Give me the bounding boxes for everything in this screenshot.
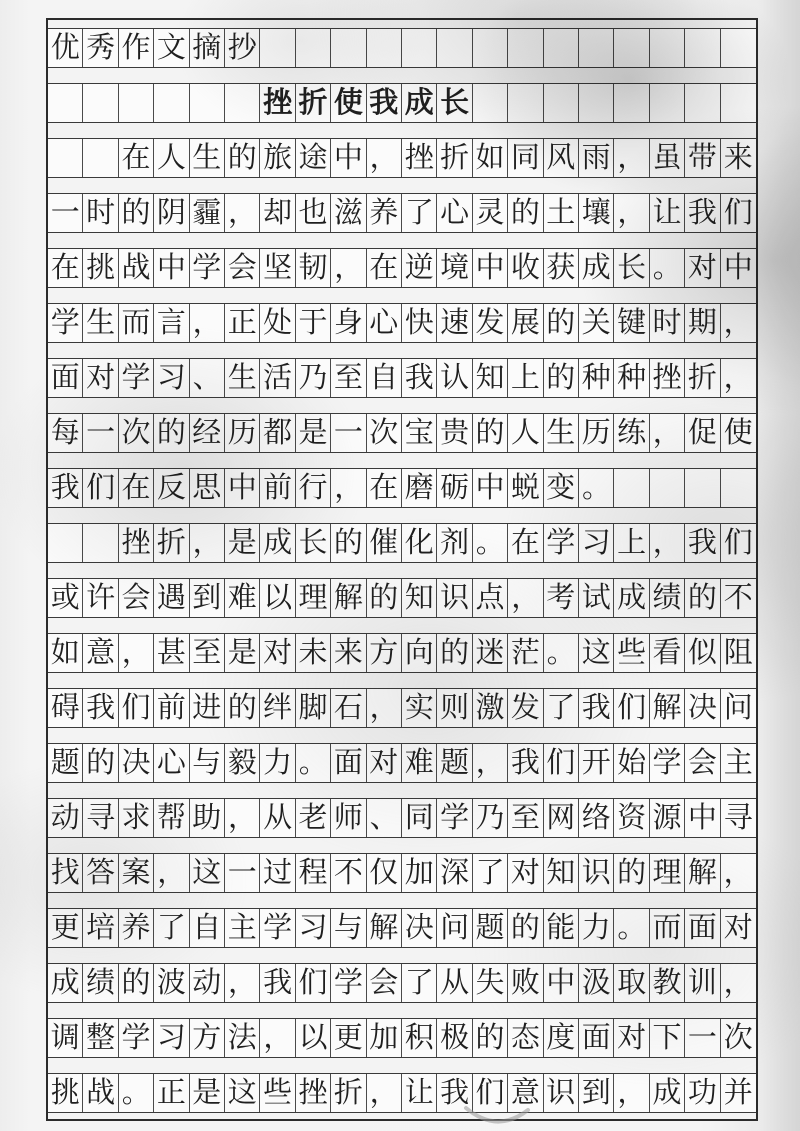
handwritten-char: 。 xyxy=(296,744,330,782)
grid-cell: 促 xyxy=(685,414,720,452)
grid-cell: 前 xyxy=(154,689,189,727)
handwritten-char: 学 xyxy=(650,744,684,782)
handwritten-char: 挑 xyxy=(83,249,117,287)
grid-cell: 文 xyxy=(154,29,189,67)
grid-cell: 蜕 xyxy=(508,469,543,507)
grid-cell: 会 xyxy=(685,744,720,782)
handwritten-char: 韧 xyxy=(296,249,330,287)
handwritten-char: 在 xyxy=(367,249,401,287)
handwritten-char: 次 xyxy=(367,414,401,452)
handwritten-char: 折 xyxy=(437,139,471,177)
grid-cell: 期 xyxy=(685,304,720,342)
handwritten-char: 仅 xyxy=(367,854,401,892)
grid-cell: 如 xyxy=(473,139,508,177)
grid-cell: 历 xyxy=(579,414,614,452)
handwritten-char: 老 xyxy=(296,799,330,837)
handwritten-char: 在 xyxy=(48,249,82,287)
grid-cell xyxy=(508,84,543,122)
handwritten-char: 会 xyxy=(367,964,401,1002)
handwritten-char: 历 xyxy=(579,414,613,452)
handwritten-char: 心 xyxy=(367,304,401,342)
handwritten-char: 挫 xyxy=(296,1074,330,1112)
handwritten-char: 面 xyxy=(579,1019,613,1057)
handwritten-char: 自 xyxy=(190,909,224,947)
grid-row: 我们在反思中前行，在磨砺中蜕变。 xyxy=(48,468,756,508)
handwritten-char: 习 xyxy=(154,359,188,397)
grid-cell: 催 xyxy=(367,524,402,562)
grid-cell: 对 xyxy=(83,359,118,397)
grid-cell xyxy=(119,84,154,122)
handwritten-char: 调 xyxy=(48,1019,82,1057)
grid-cell: 开 xyxy=(579,744,614,782)
handwritten-char: 绊 xyxy=(260,689,294,727)
handwritten-char: 变 xyxy=(544,469,578,507)
grid-cell: 磨 xyxy=(402,469,437,507)
handwritten-char: 中 xyxy=(331,139,365,177)
grid-cell: 自 xyxy=(367,359,402,397)
grid-cell: 们 xyxy=(296,964,331,1002)
handwritten-char: 如 xyxy=(48,634,82,672)
handwritten-char: 了 xyxy=(544,689,578,727)
handwritten-char: 人 xyxy=(508,414,542,452)
grid-cell: 土 xyxy=(544,194,579,232)
grid-cell: 上 xyxy=(614,524,649,562)
grid-cell: 并 xyxy=(721,1074,756,1112)
handwritten-char: 从 xyxy=(260,799,294,837)
header-row: 优秀作文摘抄 xyxy=(48,28,756,68)
grid-cell: 碍 xyxy=(48,689,83,727)
grid-cell: 极 xyxy=(437,1019,472,1057)
grid-cell xyxy=(579,84,614,122)
grid-cell: 了 xyxy=(544,689,579,727)
grid-cell: 我 xyxy=(367,84,402,122)
grid-cell: 看 xyxy=(650,634,685,672)
grid-cell: 面 xyxy=(331,744,366,782)
grid-cell: 宝 xyxy=(402,414,437,452)
handwritten-char: 毅 xyxy=(225,744,259,782)
handwritten-char: 们 xyxy=(721,194,756,232)
handwritten-char: 前 xyxy=(154,689,188,727)
handwritten-char: 成 xyxy=(614,579,648,617)
grid-cell xyxy=(721,29,756,67)
grid-cell: 于 xyxy=(296,304,331,342)
grid-cell: 绩 xyxy=(650,579,685,617)
handwritten-char: 题 xyxy=(473,909,507,947)
handwritten-char: 寻 xyxy=(721,799,756,837)
handwritten-char: 面 xyxy=(48,359,82,397)
handwritten-char: 识 xyxy=(437,579,471,617)
handwritten-char: 决 xyxy=(685,689,719,727)
grid-row: 调整学习方法，以更加积极的态度面对下一次 xyxy=(48,1018,756,1058)
handwritten-char: 并 xyxy=(721,1074,756,1112)
grid-cell: 是 xyxy=(296,414,331,452)
handwritten-char: 练 xyxy=(614,414,648,452)
handwritten-char: 战 xyxy=(83,1074,117,1112)
handwritten-char: 获 xyxy=(544,249,578,287)
handwritten-char: 知 xyxy=(544,854,578,892)
grid-cell: 心 xyxy=(367,304,402,342)
handwritten-char: 从 xyxy=(437,964,471,1002)
grid-row: 在挑战中学会坚韧，在逆境中收获成长。对中 xyxy=(48,248,756,288)
handwritten-char: 养 xyxy=(119,909,153,947)
grid-cell: 络 xyxy=(579,799,614,837)
grid-cell xyxy=(331,29,366,67)
grid-cell: 速 xyxy=(437,304,472,342)
handwritten-char: 中 xyxy=(154,249,188,287)
grid-cell: ， xyxy=(225,964,260,1002)
grid-cell: 知 xyxy=(544,854,579,892)
handwritten-char: 或 xyxy=(48,579,82,617)
grid-cell xyxy=(614,29,649,67)
grid-cell: 网 xyxy=(544,799,579,837)
grid-cell: 在 xyxy=(367,249,402,287)
grid-cell: 是 xyxy=(225,634,260,672)
handwritten-char: 壤 xyxy=(579,194,613,232)
grid-cell: 这 xyxy=(190,854,225,892)
grid-cell: 理 xyxy=(296,579,331,617)
handwritten-char: 处 xyxy=(260,304,294,342)
handwritten-char: 砺 xyxy=(437,469,471,507)
handwritten-char: 助 xyxy=(190,799,224,837)
handwritten-char: 乃 xyxy=(296,359,330,397)
grid-row: 挫折，是成长的催化剂。在学习上，我们 xyxy=(48,523,756,563)
grid-cell: 败 xyxy=(508,964,543,1002)
grid-cell: 挫 xyxy=(260,84,295,122)
grid-cell: 难 xyxy=(225,579,260,617)
grid-cell: 似 xyxy=(685,634,720,672)
handwritten-char: 加 xyxy=(367,1019,401,1057)
grid-cell: 从 xyxy=(260,799,295,837)
grid-cell: 意 xyxy=(83,634,118,672)
grid-cell: 试 xyxy=(579,579,614,617)
handwritten-char: 解 xyxy=(367,909,401,947)
grid-cell: 养 xyxy=(119,909,154,947)
grid-cell xyxy=(402,29,437,67)
grid-cell: 的 xyxy=(83,744,118,782)
grid-cell: 识 xyxy=(579,854,614,892)
handwritten-char: 雨 xyxy=(579,139,613,177)
handwritten-char: 取 xyxy=(614,964,648,1002)
grid-cell: 波 xyxy=(154,964,189,1002)
grid-cell: 前 xyxy=(260,469,295,507)
grid-cell: 认 xyxy=(437,359,472,397)
grid-cell: 来 xyxy=(331,634,366,672)
grid-cell: 的 xyxy=(508,909,543,947)
handwritten-char: 面 xyxy=(331,744,365,782)
handwritten-char: 动 xyxy=(48,799,82,837)
grid-cell xyxy=(685,84,720,122)
grid-cell: 的 xyxy=(119,194,154,232)
handwritten-char: 使 xyxy=(331,84,365,122)
grid-cell: 们 xyxy=(83,469,118,507)
grid-cell: 深 xyxy=(437,854,472,892)
grid-cell: 面 xyxy=(685,909,720,947)
handwritten-char: 中 xyxy=(473,249,507,287)
handwritten-char: 态 xyxy=(508,1019,542,1057)
grid-cell: 发 xyxy=(473,304,508,342)
handwritten-char: 寻 xyxy=(83,799,117,837)
handwritten-char: 源 xyxy=(650,799,684,837)
grid-cell: 心 xyxy=(437,194,472,232)
grid-row: 在人生的旅途中，挫折如同风雨，虽带来 xyxy=(48,138,756,178)
handwritten-char: 至 xyxy=(190,634,224,672)
grid-cell: 对 xyxy=(614,1019,649,1057)
grid-cell: 让 xyxy=(402,1074,437,1112)
handwritten-char: 认 xyxy=(437,359,471,397)
handwritten-char: 教 xyxy=(650,964,684,1002)
grid-cell: 这 xyxy=(579,634,614,672)
grid-cell: 至 xyxy=(331,359,366,397)
handwritten-char: 人 xyxy=(154,139,188,177)
grid-cell: 从 xyxy=(437,964,472,1002)
grid-cell: 甚 xyxy=(154,634,189,672)
handwritten-char: 这 xyxy=(579,634,613,672)
grid-cell: 以 xyxy=(260,579,295,617)
grid-cell: 正 xyxy=(154,1074,189,1112)
handwritten-char: 我 xyxy=(579,689,613,727)
grid-cell: 学 xyxy=(437,799,472,837)
grid-cell xyxy=(260,29,295,67)
grid-cell xyxy=(508,29,543,67)
grid-cell: 了 xyxy=(473,854,508,892)
grid-cell: 题 xyxy=(48,744,83,782)
grid-cell: 、 xyxy=(367,799,402,837)
handwritten-char: 乃 xyxy=(473,799,507,837)
handwritten-char: 对 xyxy=(260,634,294,672)
grid-cell: 们 xyxy=(544,744,579,782)
grid-cell: 学 xyxy=(544,524,579,562)
handwritten-char: 的 xyxy=(119,194,153,232)
grid-cell: 力 xyxy=(260,744,295,782)
handwritten-char: 中 xyxy=(225,469,259,507)
grid-cell: 的 xyxy=(154,414,189,452)
handwritten-char: 方 xyxy=(367,634,401,672)
handwritten-char: 使 xyxy=(721,414,756,452)
handwritten-char: 同 xyxy=(402,799,436,837)
grid-cell xyxy=(190,84,225,122)
handwritten-char: 中 xyxy=(721,249,756,287)
grid-cell: 对 xyxy=(508,854,543,892)
handwritten-char: 长 xyxy=(437,84,471,122)
handwritten-char: 案 xyxy=(119,854,153,892)
handwritten-char: 的 xyxy=(225,689,259,727)
handwritten-char: ， xyxy=(225,194,259,232)
handwritten-char: 力 xyxy=(260,744,294,782)
handwritten-char: ， xyxy=(331,249,365,287)
grid-cell: ， xyxy=(721,304,756,342)
handwritten-char: 们 xyxy=(544,744,578,782)
handwritten-char: ， xyxy=(367,139,401,177)
grid-cell: 师 xyxy=(331,799,366,837)
handwritten-char: 的 xyxy=(473,414,507,452)
grid-cell: 生 xyxy=(83,304,118,342)
grid-cell: 会 xyxy=(367,964,402,1002)
handwritten-char: 成 xyxy=(579,249,613,287)
grid-cell: 。 xyxy=(579,469,614,507)
handwritten-char: 们 xyxy=(614,689,648,727)
handwritten-char: 理 xyxy=(650,854,684,892)
handwritten-char: ， xyxy=(225,964,259,1002)
handwritten-char: 长 xyxy=(296,524,330,562)
grid-cell: 成 xyxy=(579,249,614,287)
handwritten-char: 意 xyxy=(508,1074,542,1112)
grid-cell: 带 xyxy=(685,139,720,177)
handwritten-char: 的 xyxy=(685,579,719,617)
grid-cell: 练 xyxy=(614,414,649,452)
handwritten-char: 中 xyxy=(685,799,719,837)
grid-cell: 解 xyxy=(650,689,685,727)
handwritten-char: 难 xyxy=(402,744,436,782)
grid-cell: 获 xyxy=(544,249,579,287)
grid-cell: 学 xyxy=(331,964,366,1002)
handwritten-char: 绩 xyxy=(650,579,684,617)
grid-cell: ， xyxy=(367,1074,402,1112)
handwritten-char: 却 xyxy=(260,194,294,232)
grid-cell: 生 xyxy=(225,359,260,397)
handwritten-char: 能 xyxy=(544,909,578,947)
handwritten-char: 对 xyxy=(83,359,117,397)
grid-cell: 的 xyxy=(544,359,579,397)
grid-cell xyxy=(296,29,331,67)
grid-cell: 的 xyxy=(225,139,260,177)
handwritten-char: 许 xyxy=(83,579,117,617)
grid-cell: 韧 xyxy=(296,249,331,287)
grid-cell: ， xyxy=(331,469,366,507)
grid-cell xyxy=(544,29,579,67)
handwritten-char: ， xyxy=(367,1074,401,1112)
grid-cell: 是 xyxy=(225,524,260,562)
handwritten-char: 始 xyxy=(614,744,648,782)
grid-cell: 未 xyxy=(296,634,331,672)
grid-row: 学生而言，正处于身心快速发展的关键时期， xyxy=(48,303,756,343)
grid-cell: 们 xyxy=(614,689,649,727)
grid-cell: 自 xyxy=(190,909,225,947)
grid-cell: 训 xyxy=(685,964,720,1002)
handwritten-char: 甚 xyxy=(154,634,188,672)
grid-cell: ， xyxy=(154,854,189,892)
grid-cell: ， xyxy=(190,524,225,562)
handwritten-char: 思 xyxy=(190,469,224,507)
grid-cell: 快 xyxy=(402,304,437,342)
grid-cell xyxy=(544,84,579,122)
handwritten-char: 的 xyxy=(119,964,153,1002)
handwritten-char: 次 xyxy=(119,414,153,452)
grid-frame: 优秀作文摘抄挫折使我成长在人生的旅途中，挫折如同风雨，虽带来一时的阴霾，却也滋养… xyxy=(46,18,758,1121)
handwritten-char: 历 xyxy=(225,414,259,452)
handwritten-char: ， xyxy=(367,689,401,727)
grid-cell xyxy=(579,29,614,67)
grid-cell: 仅 xyxy=(367,854,402,892)
grid-cell: 种 xyxy=(614,359,649,397)
grid-cell xyxy=(473,84,508,122)
handwritten-char: 更 xyxy=(331,1019,365,1057)
grid-cell: 时 xyxy=(650,304,685,342)
grid-cell: 坚 xyxy=(260,249,295,287)
handwritten-char: 活 xyxy=(260,359,294,397)
handwritten-char: 次 xyxy=(721,1019,756,1057)
handwritten-char: 这 xyxy=(225,1074,259,1112)
handwritten-char: 境 xyxy=(437,249,471,287)
handwritten-char: 宝 xyxy=(402,414,436,452)
grid-cell xyxy=(685,29,720,67)
grid-cell: 途 xyxy=(296,139,331,177)
grid-cell: 中 xyxy=(721,249,756,287)
handwritten-char: 来 xyxy=(721,139,756,177)
grid-cell: 对 xyxy=(685,249,720,287)
handwritten-char: 解 xyxy=(331,579,365,617)
handwritten-char: 对 xyxy=(614,1019,648,1057)
grid-cell: 中 xyxy=(685,799,720,837)
grid-cell: 在 xyxy=(119,139,154,177)
grid-cell: 如 xyxy=(48,634,83,672)
grid-cell: 们 xyxy=(721,524,756,562)
grid-cell: 动 xyxy=(190,964,225,1002)
grid-cell: 助 xyxy=(190,799,225,837)
handwritten-char: 深 xyxy=(437,854,471,892)
handwritten-char: 帮 xyxy=(154,799,188,837)
grid-cell: 摘 xyxy=(190,29,225,67)
grid-cell: 教 xyxy=(650,964,685,1002)
handwritten-char: 、 xyxy=(190,359,224,397)
grid-cell: 求 xyxy=(119,799,154,837)
grid-cell: 点 xyxy=(473,579,508,617)
grid-cell: 折 xyxy=(685,359,720,397)
handwritten-char: 。 xyxy=(544,634,578,672)
handwritten-char: 我 xyxy=(367,84,401,122)
handwritten-char: 遇 xyxy=(154,579,188,617)
grid-cell: 生 xyxy=(190,139,225,177)
grid-cell: ， xyxy=(119,634,154,672)
grid-cell: 也 xyxy=(296,194,331,232)
handwritten-char: 师 xyxy=(331,799,365,837)
grid-cell: 解 xyxy=(685,854,720,892)
handwritten-char: 些 xyxy=(260,1074,294,1112)
handwritten-char: ， xyxy=(473,744,507,782)
handwritten-char: 进 xyxy=(190,689,224,727)
grid-cell: 行 xyxy=(296,469,331,507)
handwritten-char: 点 xyxy=(473,579,507,617)
grid-cell: 源 xyxy=(650,799,685,837)
grid-cell: 则 xyxy=(437,689,472,727)
grid-cell: 一 xyxy=(685,1019,720,1057)
grid-cell: 进 xyxy=(190,689,225,727)
grid-row: 碍我们前进的绊脚石，实则激发了我们解决问 xyxy=(48,688,756,728)
handwritten-char: 资 xyxy=(614,799,648,837)
grid-cell: 却 xyxy=(260,194,295,232)
grid-cell: 的 xyxy=(473,1019,508,1057)
grid-cell: 折 xyxy=(296,84,331,122)
grid-cell: 答 xyxy=(83,854,118,892)
grid-cell: ， xyxy=(367,139,402,177)
grid-cell: ， xyxy=(508,579,543,617)
grid-cell: 不 xyxy=(721,579,756,617)
grid-cell: 次 xyxy=(119,414,154,452)
handwritten-char: 波 xyxy=(154,964,188,1002)
grid-cell: 一 xyxy=(331,414,366,452)
grid-cell: 剂 xyxy=(437,524,472,562)
handwritten-char: 速 xyxy=(437,304,471,342)
handwritten-char: 到 xyxy=(190,579,224,617)
grid-cell: 的 xyxy=(614,854,649,892)
grid-cell: 阴 xyxy=(154,194,189,232)
grid-cell: 使 xyxy=(721,414,756,452)
grid-cell: ， xyxy=(225,194,260,232)
handwritten-char: 解 xyxy=(650,689,684,727)
handwritten-char: 我 xyxy=(508,744,542,782)
grid-cell: 雨 xyxy=(579,139,614,177)
grid-cell: 问 xyxy=(721,689,756,727)
handwritten-char: 带 xyxy=(685,139,719,177)
